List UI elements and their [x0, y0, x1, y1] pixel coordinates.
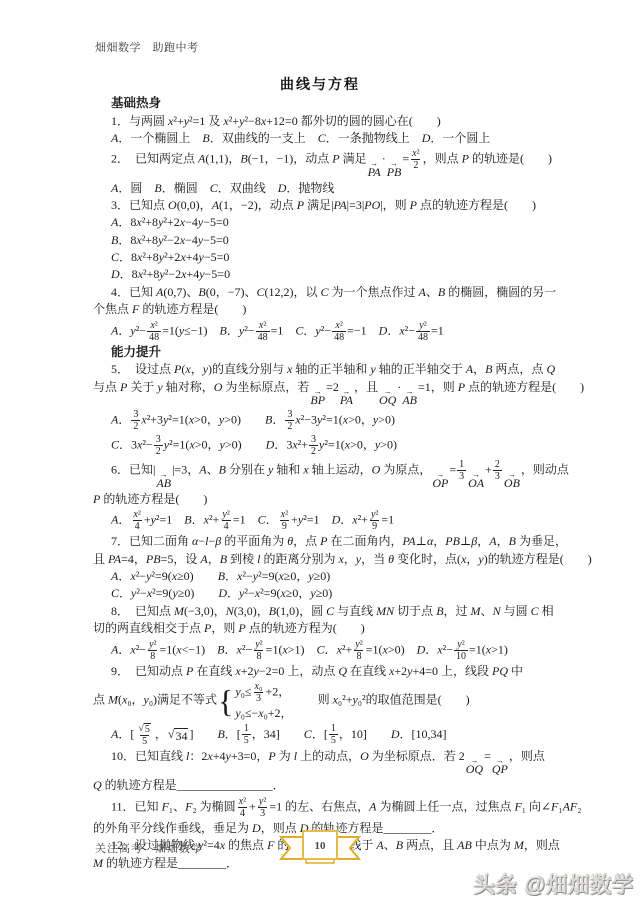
q4-stem-line2: 个焦点 F 的轨迹方程是( )	[93, 301, 563, 318]
q5-options-ab: A．32x²+3y²=1(x>0，y>0) B．32x²−3y²=1(x>0，y…	[93, 407, 563, 432]
worksheet-page: 畑畑数学 助跑中考 曲线与方程 基础热身 1．与两圆 x²+y²=1 及 x²+…	[0, 0, 640, 905]
q1-options: A．一个椭圆上 B．双曲线的一支上 C．一条抛物线上 D．一个圆上	[93, 130, 563, 147]
q5-stem-line2: 与点 P 关于 y 轴对称，O 为坐标原点，若→BP=2→PA，且→OQ·→AB…	[93, 378, 563, 407]
footer-brand: 关注高考 畑畑数学	[95, 840, 203, 856]
q3-option-c: C．8x²+8y²+2x+4y−5=0	[93, 249, 563, 266]
q9-stem-line1: 9． 已知动点 P 在直线 x+2y−2=0 上，动点 Q 在直线 x+2y+4…	[93, 663, 563, 680]
page-number-ribbon: 10	[278, 828, 362, 873]
q11-stem-line1: 11．已知 F₁、F₂ 为椭圆x²4+y²3=1 的左、右焦点，A 为椭圆上任一…	[93, 794, 563, 819]
page-header-brand: 畑畑数学 助跑中考	[95, 39, 199, 55]
section-heading-basic: 基础热身	[93, 95, 563, 112]
q6-stem-line2: P 的轨迹方程是( )	[93, 490, 563, 507]
q8-options: A．x²−y²8=1(x<−1) B．x²−y²8=1(x>1) C．x²+y²…	[93, 637, 563, 662]
q5-options-cd: C．3x²−32y²=1(x>0，y>0) D．3x²+32y²=1(x>0，y…	[93, 433, 563, 458]
q8-stem-line1: 8． 已知点 M(−3,0)，N(3,0)，B(1,0)，圆 C 与直线 MN …	[93, 603, 563, 620]
worksheet-content: 基础热身 1．与两圆 x²+y²=1 及 x²+y²−8x+12=0 都外切的圆…	[93, 95, 563, 872]
q7-options-ab: A．x²−y²=9(x≥0) B．x²−y²=9(x≥0，y≥0)	[93, 568, 563, 585]
q6-stem-line1: 6．已知|→AB|=3，A、B 分别在 y 轴和 x 轴上运动，O 为原点，→O…	[93, 458, 563, 490]
q3-option-a: A．8x²+8y²+2x−4y−5=0	[93, 214, 563, 231]
q7-stem-line1: 7．已知二面角 α−l−β 的平面角为 θ，点 P 在二面角内，PA⊥α，PB⊥…	[93, 533, 563, 550]
q6-options: A．x²4+y²=1 B．x²+y²4=1 C．x²9+y²=1 D．x²+y²…	[93, 508, 563, 533]
q9-options: A．[√55，√34] B．[15，34] C．[15，10] D．[10,34…	[93, 722, 563, 748]
q4-options: A．y²−x²48=1(y≤−1) B．y²−x²48=1 C．y²−x²48=…	[93, 318, 563, 343]
q5-stem-line1: 5． 设过点 P(x，y)的直线分别与 x 轴的正半轴和 y 轴的正半轴交于 A…	[93, 361, 563, 378]
q4-stem-line1: 4．已知 A(0,7)、B(0，−7)、C(12,2)，以 C 为一个焦点作过 …	[93, 284, 563, 301]
section-heading-advanced: 能力提升	[93, 344, 563, 361]
q1-stem: 1．与两圆 x²+y²=1 及 x²+y²−8x+12=0 都外切的圆的圆心在(…	[93, 112, 563, 129]
ribbon-graphic: 10	[278, 828, 362, 868]
q2-stem: 2． 已知两定点 A(1,1)，B(−1，−1)，动点 P 满足→PA·→PB=…	[93, 147, 563, 179]
q7-stem-line2: 且 PA=4，PB=5，设 A，B 到棱 l 的距离分别为 x，y，当 θ 变化…	[93, 551, 563, 568]
q10-stem-line2: Q 的轨迹方程是________________．	[93, 777, 563, 794]
toutiao-watermark: 头条 @畑畑数学	[474, 869, 634, 899]
q9-stem-line2: 点 M(x₀，y₀)满足不等式{y₀≤x₀3+2，y₀≤−x₀+2， 则 x₀²…	[93, 680, 563, 722]
q10-stem-line1: 10．已知直线 l：2x+4y+3=0，P 为 l 上的动点，O 为坐标原点．若…	[93, 748, 563, 777]
q8-stem-line2: 切的两直线相交于点 P，则 P 点的轨迹方程为( )	[93, 620, 563, 637]
q3-stem: 3．已知点 O(0,0)，A(1，−2)，动点 P 满足|PA|=3|PO|，则…	[93, 197, 563, 214]
q2-options: A．圆 B．椭圆 C．双曲线 D．抛物线	[93, 179, 563, 196]
q3-option-b: B．8x²+8y²−2x−4y−5=0	[93, 231, 563, 248]
q3-option-d: D．8x²+8y²−2x+4y−5=0	[93, 266, 563, 283]
page-title: 曲线与方程	[0, 74, 640, 94]
q7-options-cd: C．y²−x²=9(y≥0) D．y²−x²=9(x≥0，y≥0)	[93, 585, 563, 602]
page-number: 10	[315, 840, 327, 852]
